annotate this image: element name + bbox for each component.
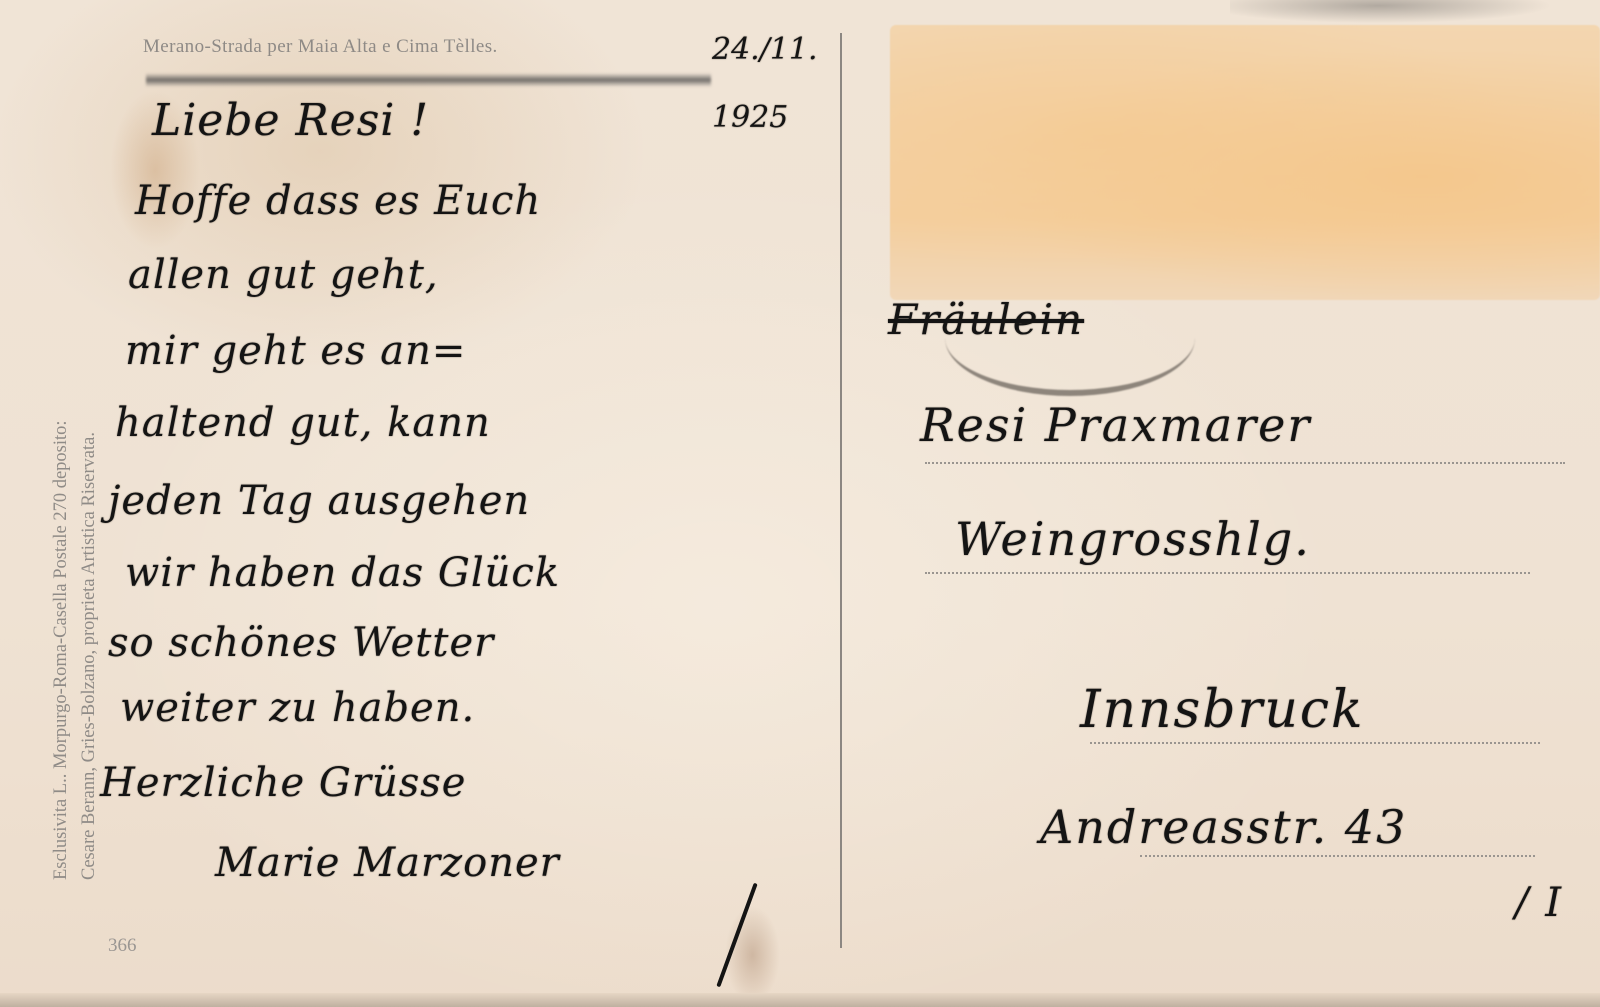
- printed-caption: Merano-Strada per Maia Alta e Cima Tèlle…: [143, 36, 498, 58]
- message-line: weiter zu haben.: [120, 685, 475, 731]
- address-rule: [925, 572, 1530, 574]
- message-line: jeden Tag ausgehen: [108, 478, 530, 524]
- publisher-line-2: Cesare Berann, Gries-Bolzano, proprieta …: [75, 420, 103, 880]
- postcard-back: Merano-Strada per Maia Alta e Cima Tèlle…: [0, 0, 1600, 1007]
- address-rule: [1140, 855, 1535, 857]
- salutation: Liebe Resi !: [152, 95, 429, 146]
- message-line: Hoffe dass es Euch: [135, 178, 541, 224]
- struck-through-caption: [146, 73, 711, 87]
- date-day-month: 24./11.: [712, 32, 818, 67]
- message-line: haltend gut, kann: [115, 400, 491, 446]
- paper-stain: [725, 905, 780, 1005]
- publisher-line-1: Esclusivita L.. Morpurgo-Roma-Casella Po…: [47, 420, 75, 880]
- postmark-fragment: [1230, 0, 1600, 28]
- message-line: allen gut geht,: [128, 252, 439, 298]
- message-line: wir haben das Glück: [125, 550, 560, 596]
- address-rule: [1090, 742, 1540, 744]
- address-city: Innsbruck: [1080, 680, 1364, 740]
- publisher-imprint: Esclusivita L.. Morpurgo-Roma-Casella Po…: [47, 420, 103, 880]
- address-floor: / I: [1515, 880, 1563, 926]
- address-rule: [925, 462, 1565, 464]
- message-line: mir geht es an=: [125, 328, 466, 374]
- card-edge: [0, 993, 1600, 1007]
- removed-stamp-stain: [890, 25, 1600, 300]
- address-line-2: Weingrosshlg.: [955, 512, 1311, 566]
- signature: Marie Marzoner: [215, 840, 560, 886]
- date-year: 1925: [712, 100, 788, 135]
- address-street: Andreasstr. 43: [1040, 800, 1407, 854]
- message-line: Herzliche Grüsse: [100, 760, 466, 806]
- center-divider: [840, 33, 842, 948]
- card-number: 366: [108, 935, 137, 957]
- recipient-name: Resi Praxmarer: [920, 398, 1311, 452]
- address-title: Fräulein: [888, 295, 1084, 344]
- message-line: so schönes Wetter: [108, 620, 494, 666]
